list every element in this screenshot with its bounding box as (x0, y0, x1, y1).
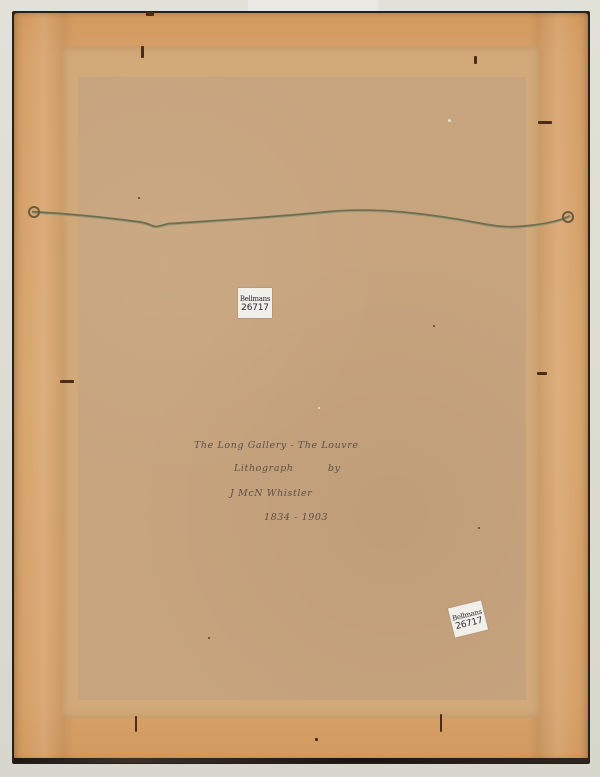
label-brand: Bellmans (238, 296, 272, 303)
inscription-medium: Lithograph (234, 463, 294, 474)
inscription-dates: 1834 - 1903 (264, 512, 328, 523)
auction-lot-label: Bellmans 26717 (238, 288, 272, 318)
label-lot-number: 26717 (238, 304, 272, 313)
inscription-artist: J McN Whistler (230, 488, 312, 499)
nail-mark (538, 121, 552, 124)
nail-mark (60, 380, 74, 383)
photo-scene: Bellmans 26717 Bellmans 26717 The Long G… (0, 0, 600, 777)
nail-mark (315, 738, 318, 741)
hanging-wire (28, 200, 576, 240)
nail-mark (135, 716, 137, 732)
speck (138, 197, 140, 199)
inscription-title: The Long Gallery - The Louvre (194, 440, 359, 451)
nail-mark (146, 12, 154, 16)
nail-mark (440, 714, 442, 732)
speck (448, 119, 451, 122)
nail-mark (141, 46, 144, 58)
frame-bottom-edge (14, 758, 588, 763)
nail-mark (537, 372, 547, 375)
speck (208, 637, 210, 639)
speck (318, 407, 320, 409)
nail-mark (474, 56, 477, 64)
inscription-by: by (328, 463, 341, 474)
speck (478, 527, 480, 529)
speck (433, 325, 435, 327)
